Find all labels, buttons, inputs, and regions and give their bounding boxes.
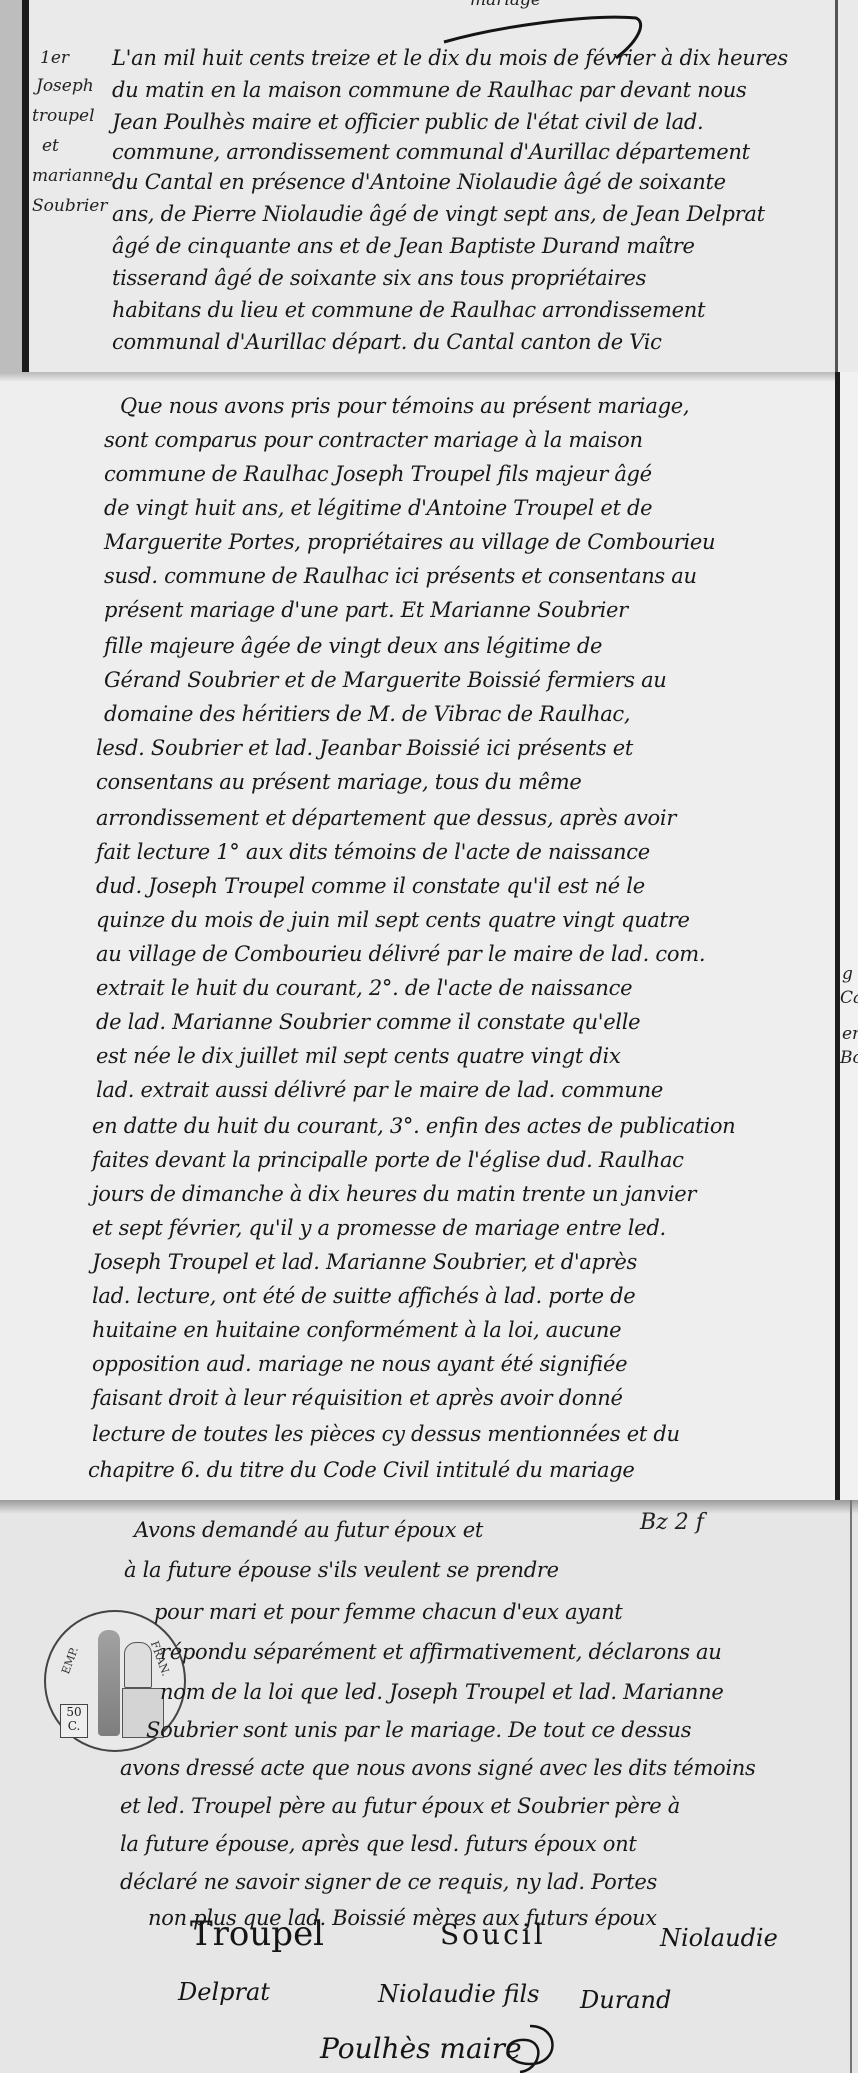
text-line: extrait le huit du courant, 2°. de l'act… [96,976,632,1000]
text-line: du matin en la maison commune de Raulhac… [112,78,746,102]
text-line: ans, de Pierre Niolaudie âgé de vingt se… [112,202,765,226]
right-margin-rule [835,0,838,372]
margin-note-and: et [42,136,59,156]
register-page-strip-3: EMP. FRAN. 50 C. Bz 2 f Avons demandé au… [0,1500,858,2073]
signature-niolaudie-fils: Niolaudie fils [378,1980,539,2008]
text-line: Avons demandé au futur époux et [134,1518,483,1542]
text-line: en datte du huit du courant, 3°. enfin d… [92,1114,735,1138]
text-line: domaine des héritiers de M. de Vibrac de… [104,702,630,726]
signature-durand: Durand [580,1986,671,2014]
text-line: pour mari et pour femme chacun d'eux aya… [154,1600,622,1624]
margin-mark: Bz 2 f [640,1510,704,1535]
text-line: à la future épouse s'ils veulent se pren… [124,1558,559,1582]
right-margin-note: g [842,964,853,984]
text-line: fille majeure âgée de vingt deux ans lég… [104,634,602,658]
text-line: répondu séparément et affirmativement, d… [160,1640,722,1664]
signature-delprat: Delprat [178,1978,270,2006]
text-line: Soubrier sont unis par le mariage. De to… [146,1718,691,1742]
text-line: âgé de cinquante ans et de Jean Baptiste… [112,234,695,258]
text-line: commune, arrondissement communal d'Auril… [112,140,750,164]
stamp-figure-icon [98,1630,120,1736]
signature-paraph-icon [490,2020,570,2073]
text-line: opposition aud. mariage ne nous ayant ét… [92,1352,627,1376]
text-line: lad. extrait aussi délivré par le maire … [96,1078,663,1102]
text-line: faites devant la principalle porte de l'… [92,1148,684,1172]
register-page-strip-2: g Ca er Bo Que nous avons pris pour témo… [0,372,858,1500]
text-line: faisant droit à leur réquisition et aprè… [92,1386,623,1410]
margin-note-entry-number: 1er [40,48,69,68]
page-edge [0,0,22,372]
right-margin-note: er [842,1024,858,1044]
header-fragment: mariage [470,0,541,10]
stamp-tablets-icon [124,1642,152,1688]
text-line: habitans du lieu et commune de Raulhac a… [112,298,705,322]
text-line: L'an mil huit cents treize et le dix du … [112,46,788,70]
text-line: quinze du mois de juin mil sept cents qu… [96,908,690,932]
margin-note-bride-last: Soubrier [32,196,107,216]
text-line: huitaine en huitaine conformément à la l… [92,1318,621,1342]
scan-shadow [0,372,858,382]
text-line: dud. Joseph Troupel comme il constate qu… [96,874,645,898]
text-line: Que nous avons pris pour témoins au prés… [120,394,689,418]
text-line: Gérand Soubrier et de Marguerite Boissié… [104,668,667,692]
text-line: présent mariage d'une part. Et Marianne … [104,598,628,622]
scan-shadow [0,1500,858,1514]
margin-note-bride-first: marianne [32,166,114,186]
text-line: de vingt huit ans, et légitime d'Antoine… [104,496,652,520]
text-line: nom de la loi que led. Joseph Troupel et… [160,1680,724,1704]
text-line: déclaré ne savoir signer de ce requis, n… [120,1870,657,1894]
text-line: et sept février, qu'il y a promesse de m… [92,1216,666,1240]
text-line: sont comparus pour contracter mariage à … [104,428,643,452]
text-line: chapitre 6. du titre du Code Civil intit… [88,1458,635,1482]
text-line: lad. lecture, ont été de suitte affichés… [92,1284,635,1308]
text-line: la future épouse, après que lesd. futurs… [120,1832,637,1856]
text-line: commune de Raulhac Joseph Troupel fils m… [104,462,652,486]
text-line: et led. Troupel père au futur époux et S… [120,1794,680,1818]
text-line: fait lecture 1° aux dits témoins de l'ac… [96,840,650,864]
text-line: Joseph Troupel et lad. Marianne Soubrier… [92,1250,637,1274]
right-margin [840,372,858,1500]
register-page-strip-1: mariage 1er Joseph troupel et marianne S… [0,0,858,372]
text-line: au village de Combourieu délivré par le … [96,942,705,966]
signature-troupel: Troupel [190,1914,324,1954]
signature-soucil: Soucil [440,1918,546,1951]
text-line: jours de dimanche à dix heures du matin … [92,1182,696,1206]
text-line: du Cantal en présence d'Antoine Niolaudi… [112,170,726,194]
text-line: susd. commune de Raulhac ici présents et… [104,564,697,588]
text-line: lesd. Soubrier et lad. Jeanbar Boissié i… [96,736,633,760]
left-margin-rule [22,0,29,372]
text-line: arrondissement et département que dessus… [96,806,676,830]
text-line: avons dressé acte que nous avons signé a… [120,1756,756,1780]
text-line: tisserand âgé de soixante six ans tous p… [112,266,646,290]
text-line: consentans au présent mariage, tous du m… [96,770,581,794]
signature-niolaudie: Niolaudie [660,1924,778,1952]
right-margin-note: Bo [840,1048,858,1068]
text-line: est née le dix juillet mil sept cents qu… [96,1044,621,1068]
text-line: Jean Poulhès maire et officier public de… [112,110,703,134]
text-line: Marguerite Portes, propriétaires au vill… [104,530,715,554]
text-line: lecture de toutes les pièces cy dessus m… [92,1422,680,1446]
margin-note-groom-last: troupel [32,106,95,126]
text-line: communal d'Aurillac départ. du Cantal ca… [112,330,662,354]
stamp-value: 50 C. [60,1704,88,1738]
margin-note-groom-first: Joseph [36,76,94,96]
text-line: de lad. Marianne Soubrier comme il const… [96,1010,640,1034]
right-margin-note: Ca [840,988,858,1008]
right-margin-rule [850,1500,852,2073]
stamp-left-text: EMP. [59,1645,81,1676]
